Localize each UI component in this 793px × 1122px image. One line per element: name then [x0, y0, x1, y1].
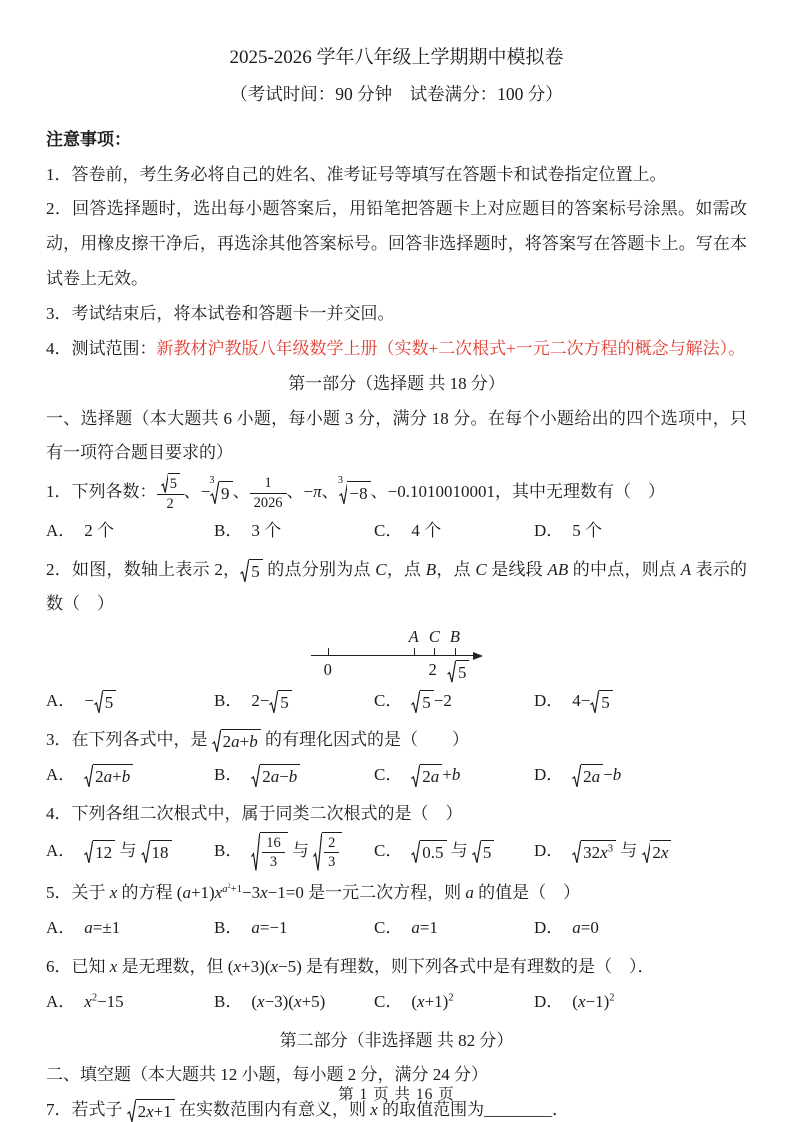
question-2-options: A．−5B．2−5C．5−2D．4−5 [46, 684, 747, 719]
question-4-option-A: A．12 与 18 [46, 834, 214, 869]
numberline-value-label: 0 [324, 658, 332, 683]
question-2-option-D: D．4−5 [534, 684, 747, 719]
option-value: a=0 [572, 911, 599, 946]
option-value: 163 与 23 [251, 832, 342, 873]
option-value: −5 [84, 684, 116, 719]
option-label: D． [534, 985, 563, 1020]
option-value: 2a−b [572, 758, 621, 793]
option-value: a=1 [411, 911, 438, 946]
option-label: A． [46, 684, 75, 719]
option-label: D． [534, 911, 563, 946]
option-label: C． [374, 834, 402, 869]
question-3: 3．在下列各式中，是 2a+b 的有理化因式的是（ ）A．2a+bB．2a−bC… [46, 723, 747, 793]
question-3-option-D: D．2a−b [534, 758, 747, 793]
option-value: 0.5 与 5 [411, 834, 494, 869]
option-value: (x−3)(x+5) [251, 985, 325, 1020]
numberline-point-label: C [429, 626, 440, 647]
question-5: 5．关于 x 的方程 (a+1)xa2+1−3x−1=0 是一元二次方程，则 a… [46, 876, 747, 946]
option-value: (x+1)2 [411, 985, 453, 1020]
question-2-text: 2．如图，数轴上表示 2，5 的点分别为点 C，点 B，点 C 是线段 AB 的… [46, 553, 747, 623]
option-label: B． [214, 758, 242, 793]
notice-heading: 注意事项： [46, 123, 747, 158]
option-value: (x−1)2 [572, 985, 614, 1020]
option-label: D． [534, 758, 563, 793]
question-1-text: 1．下列各数：52、−39、12026、−π、3−8、−0.1010010001… [46, 473, 747, 514]
question-2-option-B: B．2−5 [214, 684, 374, 719]
question-4-text: 4．下列各组二次根式中，属于同类二次根式的是（ ） [46, 797, 747, 832]
question-3-option-C: C．2a+b [374, 758, 534, 793]
question-6-option-A: A．x2−15 [46, 985, 214, 1020]
option-value: 5 个 [572, 514, 602, 549]
option-value: 2a+b [84, 758, 133, 793]
section1-intro: 一、选择题（本大题共 6 小题，每小题 3 分，满分 18 分。在每个小题给出的… [46, 402, 747, 472]
question-1: 1．下列各数：52、−39、12026、−π、3−8、−0.1010010001… [46, 473, 747, 548]
question-5-option-D: D．a=0 [534, 911, 747, 946]
option-value: 4 个 [411, 514, 441, 549]
question-4-option-C: C．0.5 与 5 [374, 834, 534, 869]
option-label: D． [534, 684, 563, 719]
question-2-option-A: A．−5 [46, 684, 214, 719]
question-5-option-A: A．a=±1 [46, 911, 214, 946]
option-label: C． [374, 514, 402, 549]
question-6-option-C: C．(x+1)2 [374, 985, 534, 1020]
numberline-axis [311, 655, 476, 656]
question-6: 6．已知 x 是无理数，但 (x+3)(x−5) 是有理数，则下列各式中是有理数… [46, 950, 747, 1020]
option-value: 2a+b [411, 758, 460, 793]
numberline-point-label: A [409, 626, 419, 647]
question-3-text: 3．在下列各式中，是 2a+b 的有理化因式的是（ ） [46, 723, 747, 758]
exam-title: 2025-2026 学年八年级上学期期中模拟卷 [46, 44, 747, 73]
option-label: A． [46, 911, 75, 946]
question-6-option-D: D．(x−1)2 [534, 985, 747, 1020]
option-label: C． [374, 985, 402, 1020]
exam-page: 2025-2026 学年八年级上学期期中模拟卷 （考试时间：90 分钟 试卷满分… [0, 0, 793, 1122]
option-label: A． [46, 514, 75, 549]
option-label: C． [374, 911, 402, 946]
numberline-figure: ACB025 [311, 628, 483, 684]
question-2: 2．如图，数轴上表示 2，5 的点分别为点 C，点 B，点 C 是线段 AB 的… [46, 553, 747, 720]
numberline-value-label: 2 [428, 658, 436, 683]
option-label: D． [534, 514, 563, 549]
option-label: B． [214, 834, 242, 869]
question-4-options: A．12 与 18B．163 与 23C．0.5 与 5D．32x3 与 2x [46, 832, 747, 873]
notice-item-3: 3．考试结束后，将本试卷和答题卡一并交回。 [46, 297, 747, 332]
question-1-options: A．2 个B．3 个C．4 个D．5 个 [46, 514, 747, 549]
option-value: 32x3 与 2x [572, 834, 671, 869]
question-5-option-B: B．a=−1 [214, 911, 374, 946]
notice-list: 1．答卷前，考生务必将自己的姓名、准考证号等填写在答题卡和试卷指定位置上。2．回… [46, 158, 747, 332]
option-value: 4−5 [572, 684, 613, 719]
question-4: 4．下列各组二次根式中，属于同类二次根式的是（ ）A．12 与 18B．163 … [46, 797, 747, 872]
option-value: x2−15 [84, 985, 123, 1020]
option-value: 2a−b [251, 758, 300, 793]
question-4-option-B: B．163 与 23 [214, 832, 374, 873]
numberline-point-label: B [450, 626, 460, 647]
option-label: D． [534, 834, 563, 869]
option-label: C． [374, 684, 402, 719]
option-label: C． [374, 758, 402, 793]
option-value: 2−5 [251, 684, 292, 719]
option-label: A． [46, 985, 75, 1020]
question-1-option-D: D．5 个 [534, 514, 747, 549]
question-4-option-D: D．32x3 与 2x [534, 834, 747, 869]
part2-heading: 第二部分（非选择题 共 82 分） [46, 1024, 747, 1059]
question-5-text: 5．关于 x 的方程 (a+1)xa2+1−3x−1=0 是一元二次方程，则 a… [46, 876, 747, 911]
option-label: B． [214, 684, 242, 719]
part1-heading: 第一部分（选择题 共 18 分） [46, 367, 747, 402]
question-3-options: A．2a+bB．2a−bC．2a+bD．2a−b [46, 758, 747, 793]
option-value: 2 个 [84, 514, 114, 549]
question-3-option-B: B．2a−b [214, 758, 374, 793]
option-value: 3 个 [251, 514, 281, 549]
question-5-options: A．a=±1B．a=−1C．a=1D．a=0 [46, 911, 747, 946]
notice-item4-prefix: 4．测试范围： [46, 339, 157, 358]
option-label: B． [214, 985, 242, 1020]
question-1-option-B: B．3 个 [214, 514, 374, 549]
notice-item-2: 2．回答选择题时，选出每小题答案后，用铅笔把答题卡上对应题目的答案标号涂黑。如需… [46, 192, 747, 297]
option-label: B． [214, 514, 242, 549]
notice-item-4: 4．测试范围：新教材沪教版八年级数学上册（实数+二次根式+一元二次方程的概念与解… [46, 332, 747, 367]
notice-item4-red: 新教材沪教版八年级数学上册（实数+二次根式+一元二次方程的概念与解法）。 [157, 339, 746, 358]
option-label: A． [46, 834, 75, 869]
page-footer: 第 1 页 共 16 页 [0, 1082, 793, 1104]
question-list: 1．下列各数：52、−39、12026、−π、3−8、−0.1010010001… [46, 473, 747, 1019]
question-2-option-C: C．5−2 [374, 684, 534, 719]
question-6-options: A．x2−15B．(x−3)(x+5)C．(x+1)2D．(x−1)2 [46, 985, 747, 1020]
question-3-option-A: A．2a+b [46, 758, 214, 793]
option-value: 12 与 18 [84, 834, 171, 869]
option-value: a=±1 [84, 911, 120, 946]
question-5-option-C: C．a=1 [374, 911, 534, 946]
question-6-text: 6．已知 x 是无理数，但 (x+3)(x−5) 是有理数，则下列各式中是有理数… [46, 950, 747, 985]
exam-subtitle: （考试时间：90 分钟 试卷满分：100 分） [46, 81, 747, 107]
option-value: a=−1 [251, 911, 287, 946]
question-6-option-B: B．(x−3)(x+5) [214, 985, 374, 1020]
notice-item-1: 1．答卷前，考生务必将自己的姓名、准考证号等填写在答题卡和试卷指定位置上。 [46, 158, 747, 193]
option-label: B． [214, 911, 242, 946]
option-label: A． [46, 758, 75, 793]
question-1-option-C: C．4 个 [374, 514, 534, 549]
numberline-arrow-icon [473, 652, 483, 660]
question-1-option-A: A．2 个 [46, 514, 214, 549]
numberline-value-label: 5 [448, 658, 470, 683]
option-value: 5−2 [411, 684, 452, 719]
